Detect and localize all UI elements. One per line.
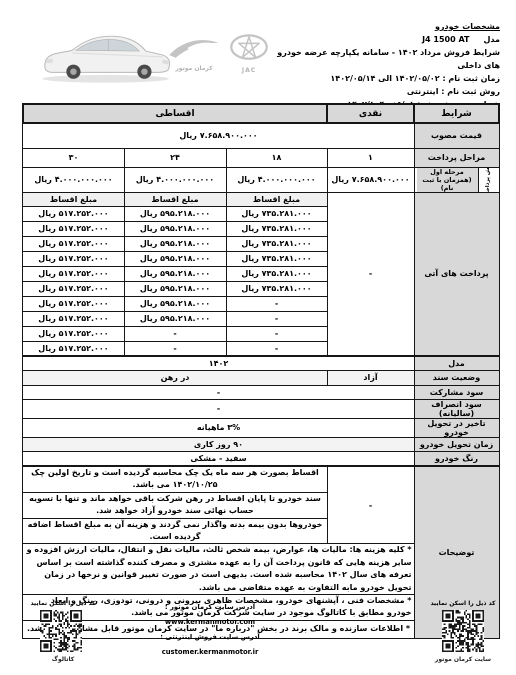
- sale-terms-line: شرایط فروش مرداد ۱۴۰۲ - سامانه یکپارچه ع…: [264, 46, 500, 72]
- approved-price-row: قیمت مصوب ۷.۶۵۸.۹۰۰.۰۰۰ ریال: [23, 123, 499, 148]
- doc-status-cash: آزاد: [327, 370, 414, 385]
- model-year-value: ۱۴۰۲: [23, 356, 414, 370]
- installment-amount-header-row: پرداخت های آتی - مبلغ اقساط مبلغ اقساط م…: [23, 192, 499, 206]
- cash-header: نقدی: [327, 104, 414, 123]
- future-payments-label: پرداخت های آتی: [414, 192, 499, 356]
- delivery-delay-row: تاخیر در تحویل خودرو ۳% ماهیانه: [23, 418, 499, 437]
- scan-caption-right: کد ذیل را اسکن نمایید: [418, 600, 508, 607]
- downpayment-main-label: مرحله اول (همزمان با ثبت نام): [417, 168, 478, 192]
- price-table: شرایط نقدی اقساطی قیمت مصوب ۷.۶۵۸.۹۰۰.۰۰…: [22, 103, 500, 639]
- stage-cash: ۱: [327, 148, 414, 167]
- notes-cash-dash: -: [327, 466, 414, 544]
- downpayment-18: ۴.۰۰۰.۰۰۰.۰۰۰ ریال: [226, 167, 327, 192]
- future-payments-cash-dash: -: [327, 192, 414, 356]
- payment-stages-label: مراحل پرداخت: [414, 148, 499, 167]
- brand-logos: کرمان موتور JAC: [168, 32, 278, 88]
- model-line: مدلJ4 1500 AT: [264, 33, 500, 46]
- doc-status-installment: در رهن: [23, 370, 327, 385]
- cancel-profit-row: سود انصراف (سالیانه) -: [23, 399, 499, 418]
- downpayment-side-label: پیش پرداخت: [478, 168, 497, 192]
- shop-address-line: آدرس سایت فروش اینترنتی : customer.kerma…: [120, 630, 300, 660]
- stage-24: ۲۴: [124, 148, 226, 167]
- note-row-1: توضیحات - اقساط بصورت هر سه ماه یک چک مح…: [23, 466, 499, 492]
- conditions-row: شرایط نقدی اقساطی: [23, 104, 499, 123]
- conditions-label: شرایط: [414, 104, 499, 123]
- approved-price-value: ۷.۶۵۸.۹۰۰.۰۰۰ ریال: [23, 123, 414, 148]
- doc-status-row: وضعیت سند آزاد در رهن: [23, 370, 499, 385]
- installment-amount-header-24: مبلغ اقساط: [124, 192, 226, 206]
- downpayment-cash: ۷.۶۵۸.۹۰۰.۰۰۰ ریال: [327, 167, 414, 192]
- approved-price-label: قیمت مصوب: [414, 123, 499, 148]
- installment-amount-header-18: مبلغ اقساط: [226, 192, 327, 206]
- registration-time-line: زمان ثبت نام : ۱۴۰۲/۰۵/۰۲ الی ۱۴۰۲/۰۵/۱۴: [264, 72, 500, 85]
- specs-title: مشخصات خودرو: [264, 20, 500, 33]
- sales-circular-page: کرمان موتور JAC مشخصات خودرو مدلJ4 1500 …: [0, 0, 516, 675]
- downpayment-row: پیش پرداخت مرحله اول (همزمان با ثبت نام)…: [23, 167, 499, 192]
- stage-18: ۱۸: [226, 148, 327, 167]
- downpayment-30: ۴.۰۰۰.۰۰۰.۰۰۰ ریال: [23, 167, 124, 192]
- header-text-block: مشخصات خودرو مدلJ4 1500 AT شرایط فروش مر…: [264, 20, 500, 111]
- installment-amount-header-30: مبلغ اقساط: [23, 192, 124, 206]
- partnership-profit-row: سود مشارکت -: [23, 385, 499, 399]
- kerman-motor-wordmark: کرمان موتور: [168, 65, 220, 72]
- qr-code-catalog: [40, 610, 82, 652]
- registration-method-line: روش ثبت نام : اینترنتی: [264, 85, 500, 98]
- car-photo: [36, 22, 178, 98]
- downpayment-label-cell: پیش پرداخت مرحله اول (همزمان با ثبت نام): [414, 167, 499, 192]
- model-value: J4 1500 AT: [422, 35, 469, 44]
- site-address-line: آدرس سایت کرمان موتور : www.kermanmotor.…: [120, 600, 300, 630]
- delivery-time-row: زمان تحویل خودرو ۹۰ روز کاری: [23, 437, 499, 451]
- qr-label-website: سایت کرمان موتور: [418, 656, 508, 663]
- qr-label-catalog: کاتالوگ: [18, 656, 108, 663]
- kerman-motor-logo: کرمان موتور: [168, 36, 220, 72]
- model-year-row: مدل ۱۴۰۲: [23, 356, 499, 370]
- payment-stages-row: مراحل پرداخت ۱ ۱۸ ۲۴ ۳۰: [23, 148, 499, 167]
- car-color-row: رنگ خودرو سفید - مشکی: [23, 451, 499, 466]
- downpayment-24: ۴.۰۰۰.۰۰۰.۰۰۰ ریال: [124, 167, 226, 192]
- scan-caption-left: کد ذیل را اسکن نمایید: [18, 600, 108, 607]
- footer-links: آدرس سایت کرمان موتور : www.kermanmotor.…: [120, 600, 300, 660]
- stage-30: ۳۰: [23, 148, 124, 167]
- installment-header: اقساطی: [23, 104, 327, 123]
- qr-code-website: [442, 610, 484, 652]
